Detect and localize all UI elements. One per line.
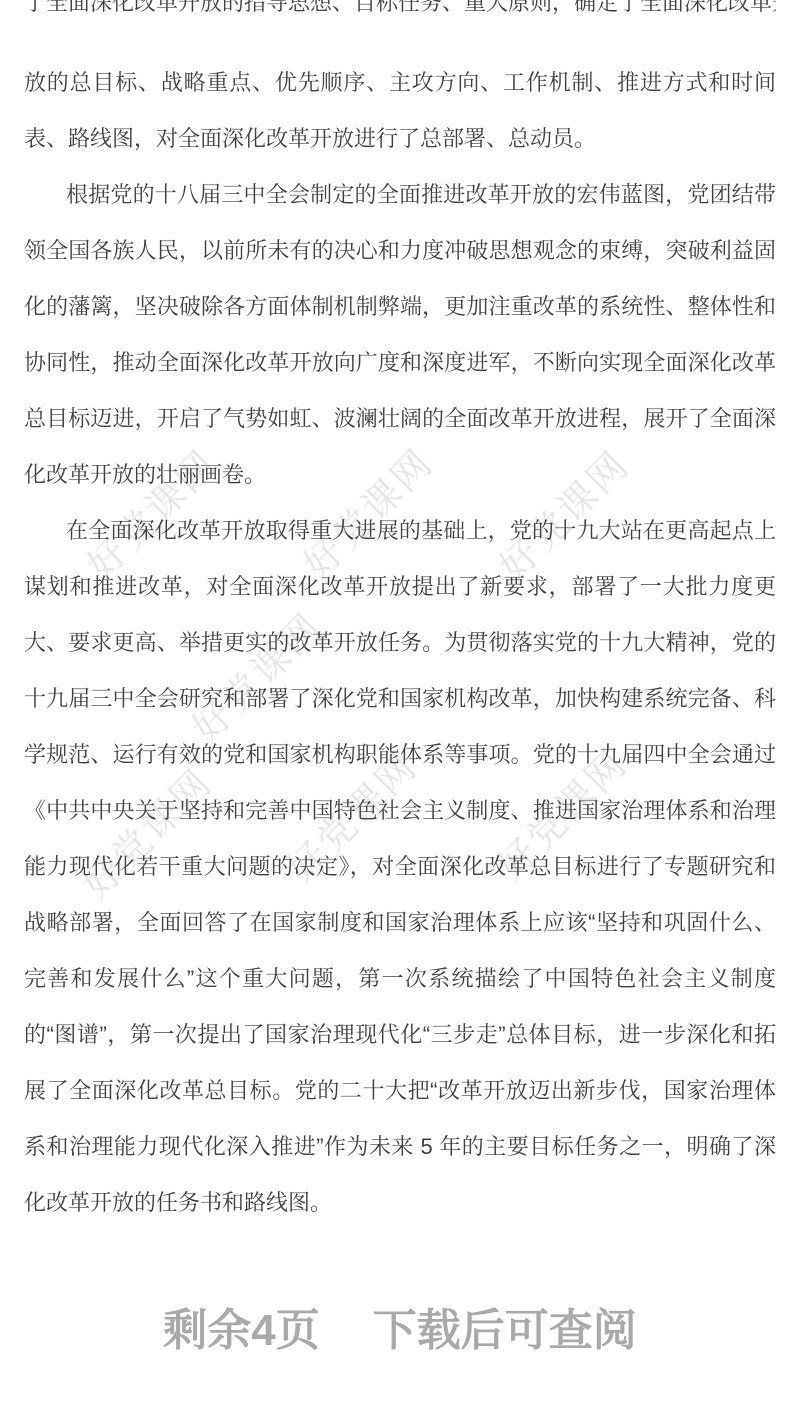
document-preview-page: 好党课网 好党课网 好党课网 好党课网 好党课网 好党课网 好党课网 了全面深化… [0,0,800,1413]
remaining-pages-banner: 剩余4页 下载后可查阅 [0,1301,800,1361]
remaining-pages-label: 剩余4页 [163,1301,319,1361]
document-paragraph: 根据党的十八届三中全会制定的全面推进改革开放的宏伟蓝图，党团结带领全国各族人民，… [24,167,776,503]
document-body-text: 了全面深化改革开放的指导思想、目标任务、重大原则，确定了全面深化改革开 放的总目… [0,0,800,1231]
document-paragraph: 在全面深化改革开放取得重大进展的基础上，党的十九大站在更高起点上谋划和推进改革，… [24,503,776,1231]
document-text-line-cut: 了全面深化改革开放的指导思想、目标任务、重大原则，确定了全面深化改革开 [24,0,776,31]
document-paragraph: 放的总目标、战略重点、优先顺序、主攻方向、工作机制、推进方式和时间表、路线图，对… [24,55,776,167]
download-hint-label: 下载后可查阅 [373,1301,637,1361]
